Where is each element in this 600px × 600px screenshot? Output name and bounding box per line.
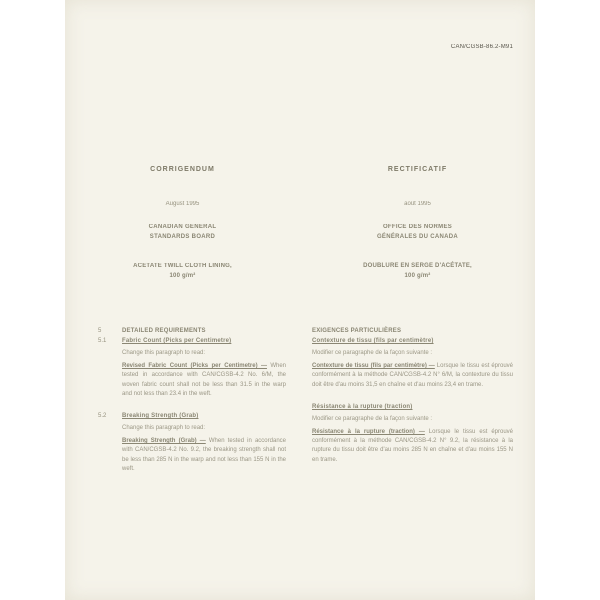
section-resistance: Résistance à la rupture (traction) Modif… bbox=[312, 404, 513, 465]
section-title: Contexture de tissu (fils par centimètre… bbox=[312, 338, 513, 344]
date-french: août 1995 bbox=[300, 201, 535, 207]
header-french-column: RECTIFICATIF août 1995 OFFICE DES NORMES… bbox=[300, 166, 535, 281]
revised-clause: Breaking Strength (Grab) — When tested i… bbox=[122, 437, 286, 474]
doc-type-french: RECTIFICATIF bbox=[300, 166, 535, 173]
scan-background: CAN/CGSB-86.2-M91 CORRIGENDUM August 199… bbox=[0, 0, 600, 600]
clause-lead: Breaking Strength (Grab) — bbox=[122, 438, 206, 444]
clause-lead: Résistance à la rupture (traction) — bbox=[312, 429, 425, 435]
doc-title-english: ACETATE TWILL CLOTH LINING, 100 g/m² bbox=[65, 262, 300, 281]
title-line: 100 g/m² bbox=[65, 272, 300, 282]
revised-clause: Résistance à la rupture (traction) — Lor… bbox=[312, 428, 513, 465]
title-line: ACETATE TWILL CLOTH LINING, bbox=[65, 262, 300, 272]
section-number: 5.2 bbox=[98, 413, 122, 474]
change-instruction: Change this paragraph to read: bbox=[122, 350, 286, 356]
header-english-column: CORRIGENDUM August 1995 CANADIAN GENERAL… bbox=[65, 166, 300, 281]
revised-clause: Revised Fabric Count (Picks per Centimet… bbox=[122, 362, 286, 399]
section-title: Breaking Strength (Grab) bbox=[122, 413, 286, 419]
title-line: DOUBLURE EN SERGE D'ACÉTATE, bbox=[300, 262, 535, 272]
document-body: 5 DETAILED REQUIREMENTS 5.1 Fabric Count… bbox=[65, 328, 535, 478]
section-number: 5 bbox=[98, 328, 122, 334]
title-line: 100 g/m² bbox=[300, 272, 535, 282]
change-instruction: Modifier ce paragraphe de la façon suiva… bbox=[312, 416, 513, 422]
doc-type-english: CORRIGENDUM bbox=[65, 166, 300, 173]
section-title: Résistance à la rupture (traction) bbox=[312, 404, 513, 410]
section-title: DETAILED REQUIREMENTS bbox=[122, 328, 286, 334]
section-detailed-requirements: 5 DETAILED REQUIREMENTS bbox=[98, 328, 286, 334]
section-contexture: Contexture de tissu (fils par centimètre… bbox=[312, 338, 513, 390]
change-instruction: Modifier ce paragraphe de la façon suiva… bbox=[312, 350, 513, 356]
doc-title-french: DOUBLURE EN SERGE D'ACÉTATE, 100 g/m² bbox=[300, 262, 535, 281]
org-line: CANADIAN GENERAL bbox=[65, 223, 300, 233]
section-title: Fabric Count (Picks per Centimetre) bbox=[122, 338, 286, 344]
section-fabric-count: 5.1 Fabric Count (Picks per Centimetre) … bbox=[98, 338, 286, 399]
org-line: OFFICE DES NORMES bbox=[300, 223, 535, 233]
org-line: STANDARDS BOARD bbox=[65, 233, 300, 243]
body-english-column: 5 DETAILED REQUIREMENTS 5.1 Fabric Count… bbox=[65, 328, 300, 478]
document-page: CAN/CGSB-86.2-M91 CORRIGENDUM August 199… bbox=[65, 0, 535, 600]
document-header: CORRIGENDUM August 1995 CANADIAN GENERAL… bbox=[65, 166, 535, 281]
document-number: CAN/CGSB-86.2-M91 bbox=[451, 44, 513, 50]
clause-lead: Revised Fabric Count (Picks per Centimet… bbox=[122, 363, 267, 369]
section-title: EXIGENCES PARTICULIÈRES bbox=[312, 328, 513, 334]
revised-clause: Contexture de tissu (fils par centimètre… bbox=[312, 362, 513, 390]
org-name-english: CANADIAN GENERAL STANDARDS BOARD bbox=[65, 223, 300, 242]
section-breaking-strength: 5.2 Breaking Strength (Grab) Change this… bbox=[98, 413, 286, 474]
org-line: GÉNÉRALES DU CANADA bbox=[300, 233, 535, 243]
clause-lead: Contexture de tissu (fils par centimètre… bbox=[312, 363, 435, 369]
change-instruction: Change this paragraph to read: bbox=[122, 425, 286, 431]
section-number: 5.1 bbox=[98, 338, 122, 399]
body-french-column: EXIGENCES PARTICULIÈRES Contexture de ti… bbox=[300, 328, 535, 478]
org-name-french: OFFICE DES NORMES GÉNÉRALES DU CANADA bbox=[300, 223, 535, 242]
date-english: August 1995 bbox=[65, 201, 300, 207]
section-exigences: EXIGENCES PARTICULIÈRES bbox=[312, 328, 513, 334]
